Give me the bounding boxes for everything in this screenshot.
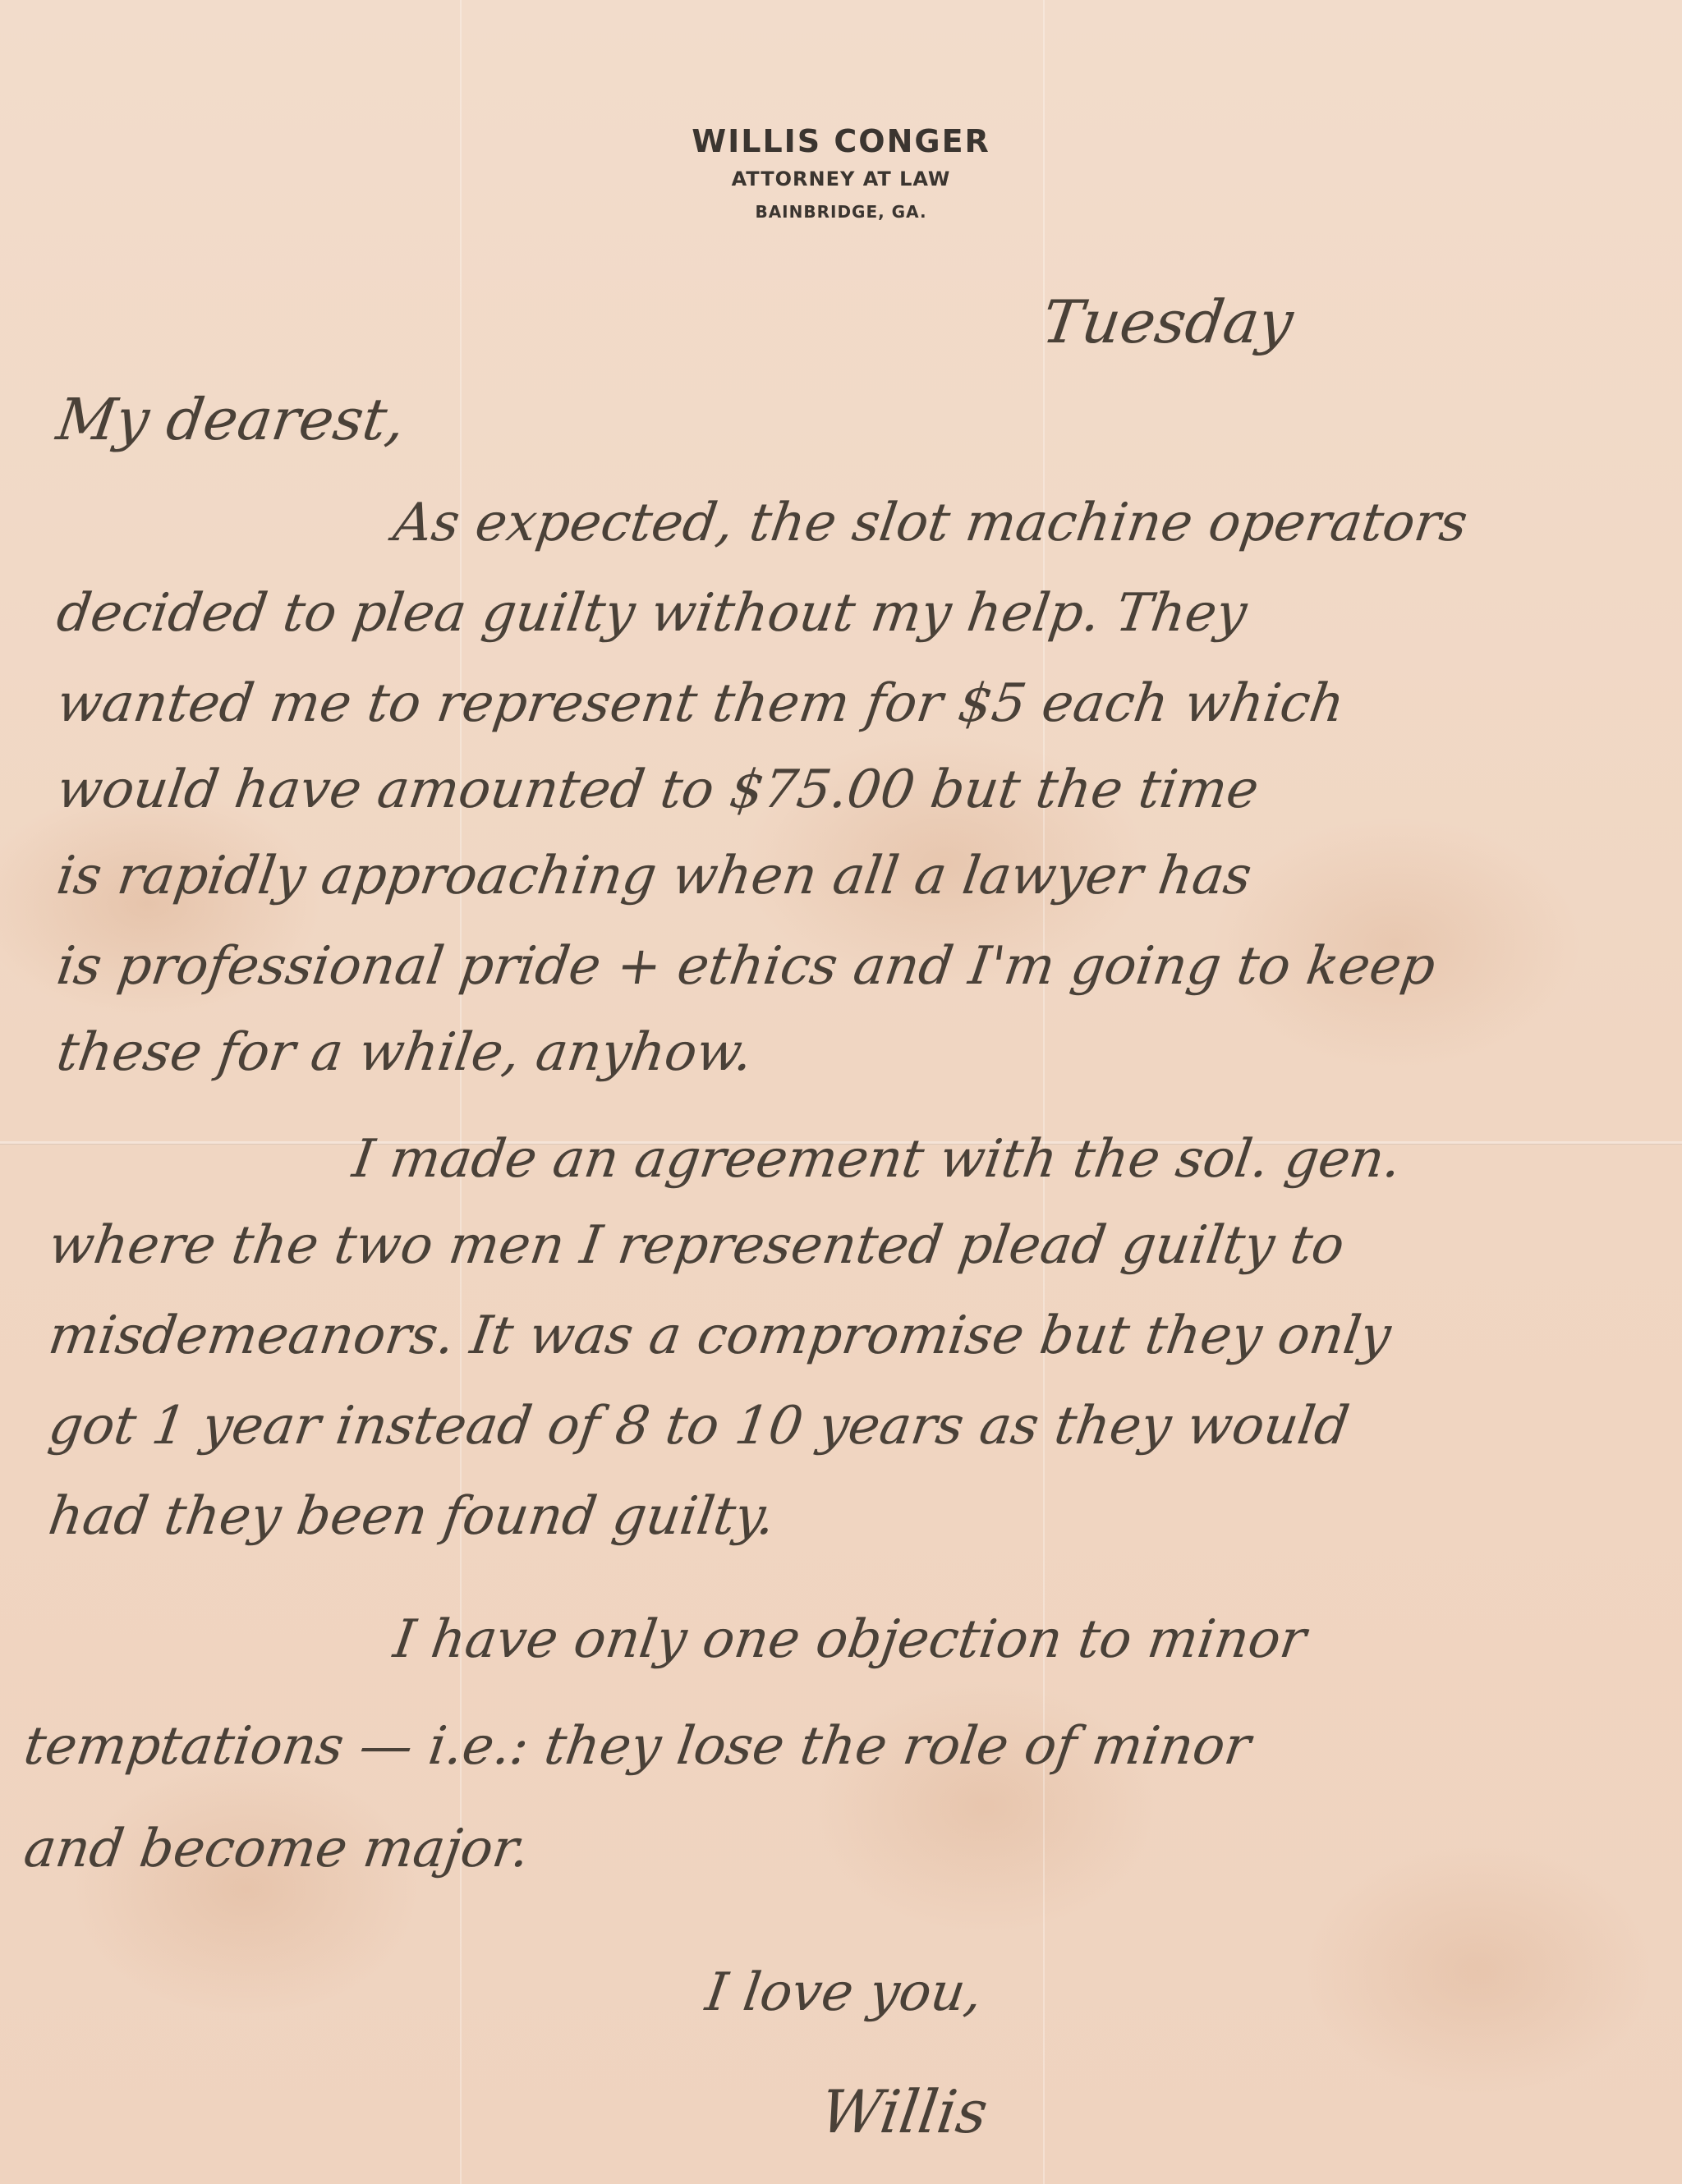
letter-date: Tuesday: [1038, 287, 1297, 356]
body-line: where the two men I represented plead gu…: [45, 1215, 1348, 1276]
body-line: these for a while, anyhow.: [53, 1022, 756, 1083]
body-line: decided to plea guilty without my help. …: [53, 583, 1251, 644]
letterhead-city: BAINBRIDGE, GA.: [0, 202, 1682, 222]
signature: Willis: [816, 2077, 992, 2146]
body-line: wanted me to represent them for $5 each …: [53, 673, 1349, 734]
body-line: As expected, the slot machine operators: [390, 493, 1471, 553]
body-line: misdemeanors. It was a compromise but th…: [45, 1305, 1395, 1366]
body-line: is rapidly approaching when all a lawyer…: [53, 846, 1256, 906]
body-line: is professional pride + ethics and I'm g…: [53, 936, 1439, 997]
letter-page: WILLIS CONGER ATTORNEY AT LAW BAINBRIDGE…: [0, 0, 1682, 2184]
body-line: I made an agreement with the sol. gen.: [349, 1129, 1405, 1190]
letterhead-name: WILLIS CONGER: [0, 123, 1682, 159]
salutation: My dearest,: [53, 386, 409, 453]
body-line: had they been found guilty.: [45, 1486, 779, 1547]
body-line: temptations — i.e.: they lose the role o…: [21, 1716, 1254, 1777]
body-line: got 1 year instead of 8 to 10 years as t…: [45, 1396, 1353, 1457]
letterhead: WILLIS CONGER ATTORNEY AT LAW BAINBRIDGE…: [0, 123, 1682, 222]
body-line: I have only one objection to minor: [390, 1609, 1310, 1670]
letterhead-title: ATTORNEY AT LAW: [0, 167, 1682, 190]
closing: I love you,: [702, 1962, 986, 2023]
body-line: and become major.: [21, 1819, 533, 1879]
body-line: would have amounted to $75.00 but the ti…: [53, 759, 1262, 820]
